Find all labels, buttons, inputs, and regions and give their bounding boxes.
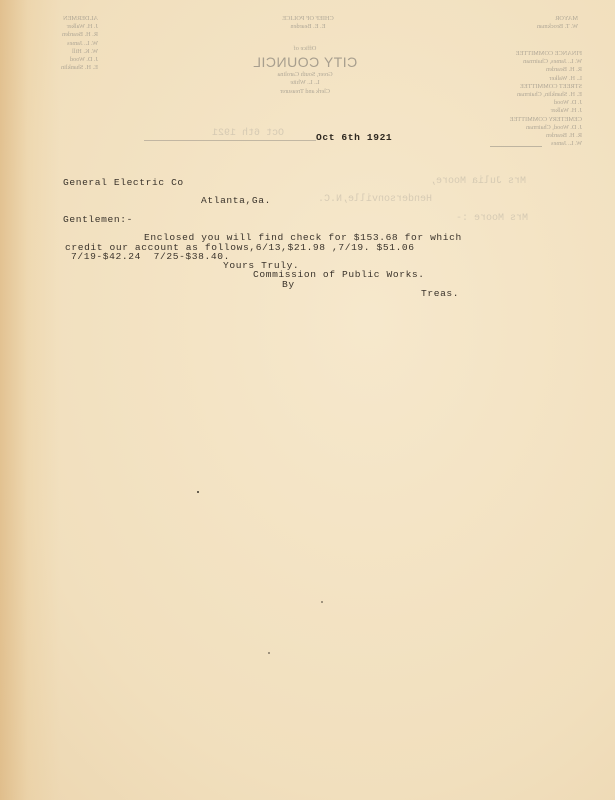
letterhead-office: Office of CITY COUNCIL Greer, South Caro… xyxy=(230,45,380,96)
committee-member: E. H. Shanklin, Chairman xyxy=(462,91,582,99)
committee-divider xyxy=(490,146,542,147)
bleed-through-line: Hendersonville,N.C. xyxy=(318,194,432,205)
letter-date: Oct 6th 1921 xyxy=(316,132,392,143)
committee-title: CEMETERY COMMITTEE xyxy=(462,116,582,124)
letterhead-aldermen: ALDERMEN J. H. Walker R. H. Bearden W. L… xyxy=(36,15,98,72)
committee-member: R. H. Bearden xyxy=(462,132,582,140)
committee-title: STREET COMMITTEE xyxy=(462,83,582,91)
committee-title: FINANCE COMMITTEE xyxy=(462,50,582,58)
police-name: E. E. Bearden xyxy=(258,23,358,31)
recipient-city: Atlanta,Ga. xyxy=(201,195,271,206)
committee-member: W. L. James, Chairman xyxy=(462,58,582,66)
committee-member: W. L. James xyxy=(462,140,582,148)
alderman-name: R. H. Bearden xyxy=(36,31,98,39)
bleed-through-date: Oct 6th 1921 xyxy=(212,128,284,139)
alderman-name: J. D. Wood xyxy=(36,56,98,64)
committee-member: J. D. Wood, Chairman xyxy=(462,124,582,132)
committee-member: R. H. Bearden xyxy=(462,66,582,74)
committee-member: J. H. Walker xyxy=(462,107,582,115)
alderman-name: J. H. Walker xyxy=(36,23,98,31)
committee-member: J. D. Wood xyxy=(462,99,582,107)
mayor-name: W. T. Brockman xyxy=(462,23,578,31)
paper-speck xyxy=(268,652,270,654)
bleed-through-line: Mrs Julia Moore, xyxy=(430,176,526,187)
letterhead-committees: FINANCE COMMITTEE W. L. James, Chairman … xyxy=(462,50,582,148)
alderman-name: W. K. Hill xyxy=(36,48,98,56)
letterhead-chief-of-police: CHIEF OF POLICE E. E. Bearden xyxy=(258,15,358,31)
alderman-name: E. H. Shanklin xyxy=(36,64,98,72)
bleed-through-line: Mrs Moore :- xyxy=(456,213,528,224)
letterhead-mayor: MAYOR W. T. Brockman xyxy=(462,15,578,31)
office-location: Greer, South Carolina xyxy=(230,71,380,79)
office-of-label: Office of xyxy=(230,45,380,53)
mayor-title: MAYOR xyxy=(462,15,578,23)
committee-member: L. H. Walker xyxy=(462,75,582,83)
office-name: CITY COUNCIL xyxy=(230,53,380,71)
organization: Commission of Public Works. xyxy=(253,269,425,280)
clerk-name: L. L. White xyxy=(230,79,380,87)
date-rule xyxy=(144,140,316,141)
salutation: Gentlemen:- xyxy=(63,214,133,225)
police-title: CHIEF OF POLICE xyxy=(258,15,358,23)
clerk-title: Clerk and Treasurer xyxy=(230,88,380,96)
body-line: 7/19-$42.24 7/25-$38.40. xyxy=(71,251,230,262)
recipient-name: General Electric Co xyxy=(63,177,184,188)
paper-speck xyxy=(321,601,323,603)
signer-title: Treas. xyxy=(421,288,459,299)
aldermen-title: ALDERMEN xyxy=(36,15,98,23)
alderman-name: W. L. James xyxy=(36,40,98,48)
by-label: By xyxy=(282,279,295,290)
paper-speck xyxy=(197,491,199,493)
